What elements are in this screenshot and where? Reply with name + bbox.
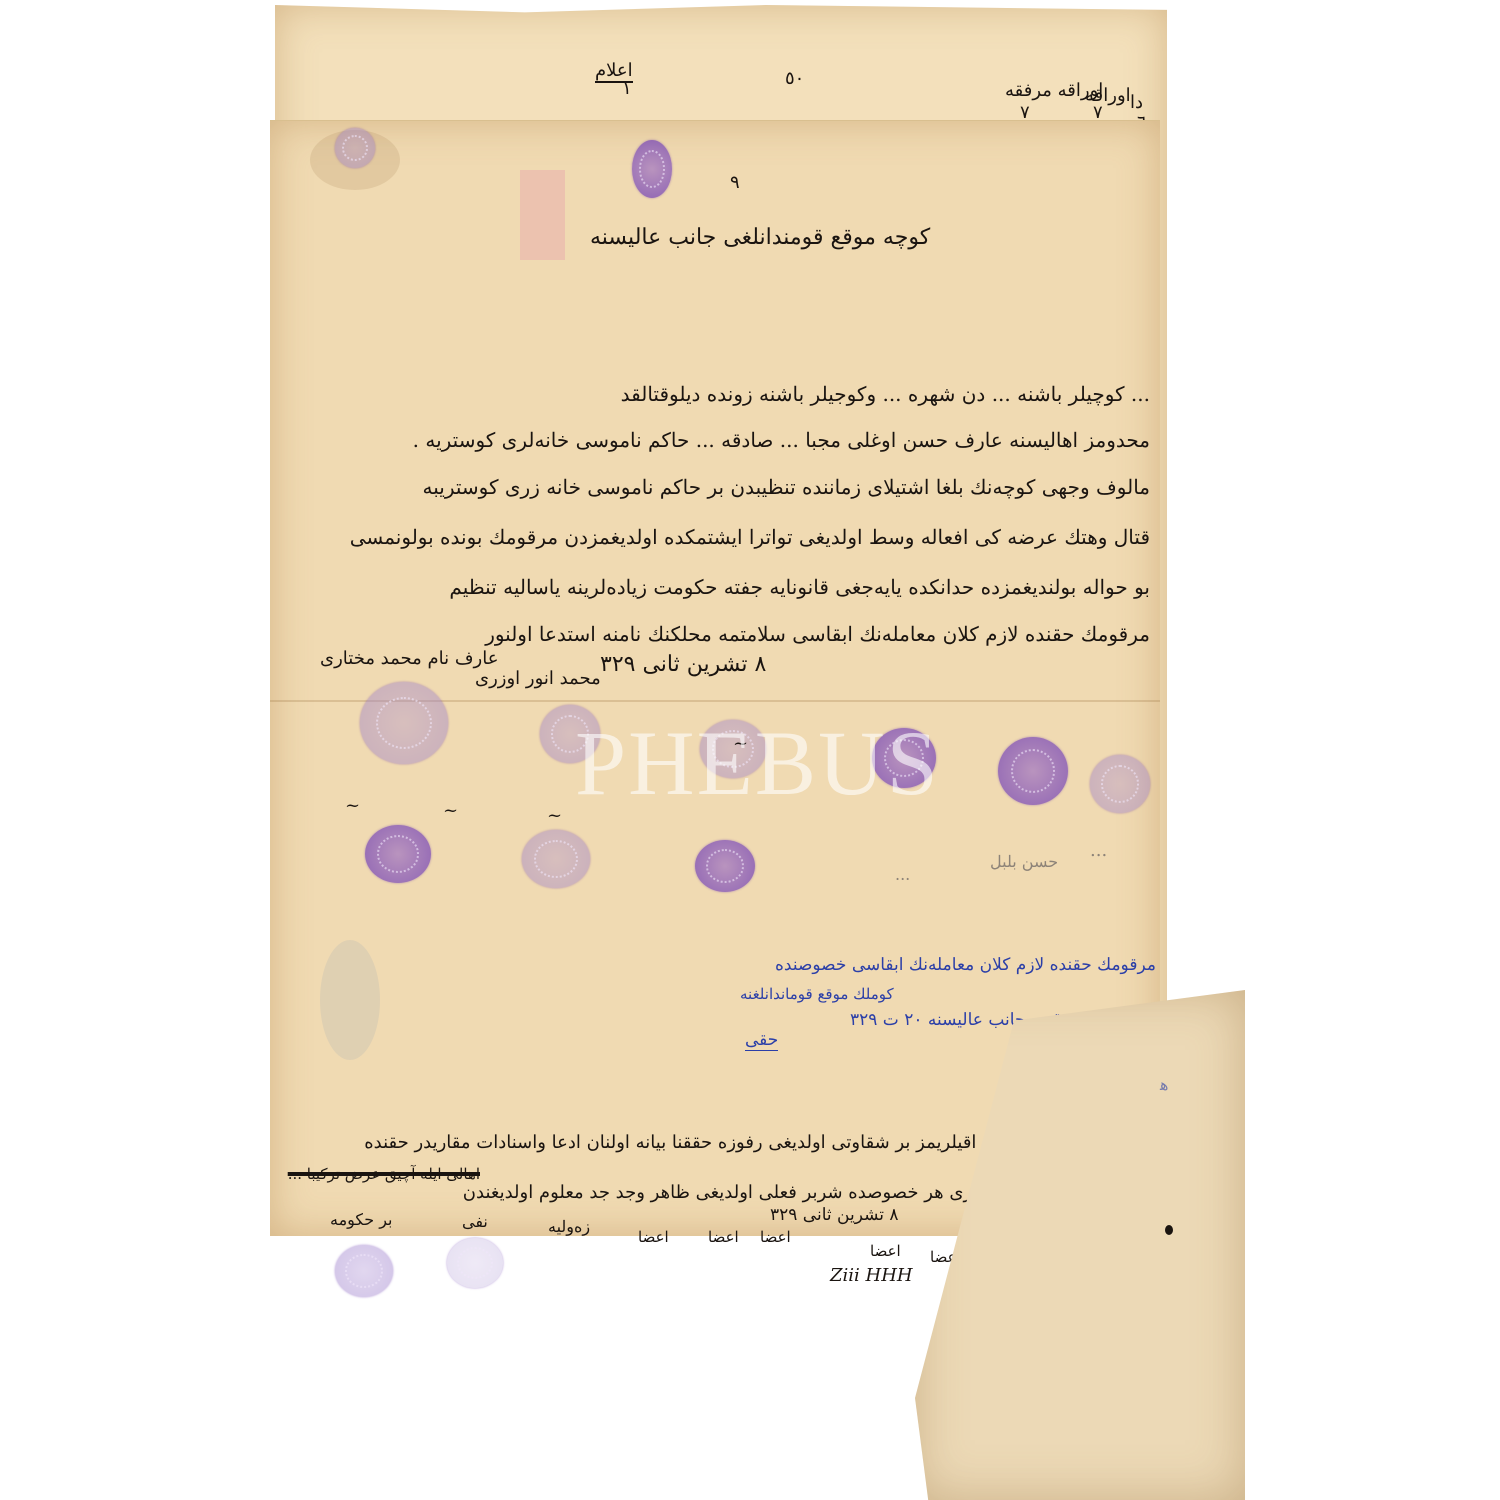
- lower-date: ٨ تشرین ثانی ٣٢٩: [770, 1205, 899, 1225]
- ink-dot: [1165, 1225, 1173, 1235]
- signatory: بر حکومه: [330, 1210, 393, 1229]
- signature-name: عارف نام محمد مختاری: [320, 648, 498, 669]
- seal-stamp: [365, 825, 431, 883]
- pencil-signature: ...: [1090, 840, 1107, 861]
- mark: ~: [443, 800, 458, 821]
- seal-stamp: [335, 128, 375, 168]
- lower-line-struck: اهالی ایله آچیق عرض ترکیبا ...: [300, 1165, 480, 1183]
- mark: ~: [345, 795, 360, 816]
- envelope-note: ﻫ: [1160, 1075, 1168, 1094]
- body-line: محدومز اهالیسنه عارف حسن اوغلی مجبا ... …: [300, 428, 1150, 452]
- seal-stamp: [998, 737, 1068, 805]
- pencil-signature: حسن بلبل: [990, 852, 1058, 871]
- header-note-4: اوراقه: [1085, 85, 1131, 106]
- latin-signature: Ziii HHH: [830, 1265, 913, 1286]
- body-line: بو حواله بولندیغمزده حدانکده یایه‌جغی قا…: [300, 575, 1150, 599]
- document-heading: کوچه موقع قومندانلغی جانب عالیسنه: [590, 225, 930, 250]
- blue-note-line: کوملك موقع قوماندانلغنه: [740, 985, 894, 1003]
- watermark: PHEBUS: [575, 710, 940, 816]
- signatory: اعضا: [638, 1228, 669, 1246]
- seal-stamp: [360, 682, 448, 764]
- body-line: مالوف وجهی کوچه‌نك بلغا اشتیلای زماننده …: [300, 475, 1150, 499]
- body-line: قتال وهتك عرضه کی افعاله وسط اولدیغی توا…: [300, 525, 1150, 549]
- signatory: اعضا: [708, 1228, 739, 1246]
- signatory: اعضا: [870, 1242, 901, 1260]
- seal-stamp: [335, 1245, 393, 1297]
- body-line: ... کوچیلر باشنه ... دن شهره ... وکوجیلر…: [560, 382, 1150, 406]
- pink-stain: [520, 170, 565, 260]
- seal-stamp: [522, 830, 590, 888]
- header-note-2: ٥٠: [785, 68, 804, 89]
- seal-stamp: [447, 1238, 503, 1288]
- signatory: اعضا: [760, 1228, 791, 1246]
- seal-stamp: [695, 840, 755, 892]
- blue-note-line: مرقومك حقنده لازم کلان معامله‌نك ابقاسی …: [775, 955, 1156, 975]
- signatory: نفی: [462, 1212, 488, 1231]
- seal-stamp: [632, 140, 672, 198]
- signature-name: محمد انور اوزری: [475, 668, 601, 689]
- body-line: مرقومك حقنده لازم کلان معامله‌نك ابقاسی …: [300, 622, 1150, 646]
- header-note-1-number: ١: [622, 78, 632, 99]
- document-date: ٨ تشرین ثانی ٣٢٩: [600, 652, 766, 677]
- header-note-5: دا: [1130, 92, 1143, 113]
- blue-note-signature: حقی: [745, 1030, 778, 1051]
- seal-stamp: [1090, 755, 1150, 813]
- page-number: ٩: [730, 172, 740, 193]
- paper-stain: [320, 940, 380, 1060]
- mark: ~: [547, 805, 562, 826]
- signatory: زه‌ولیه: [548, 1217, 590, 1236]
- pencil-signature: ...: [895, 865, 910, 884]
